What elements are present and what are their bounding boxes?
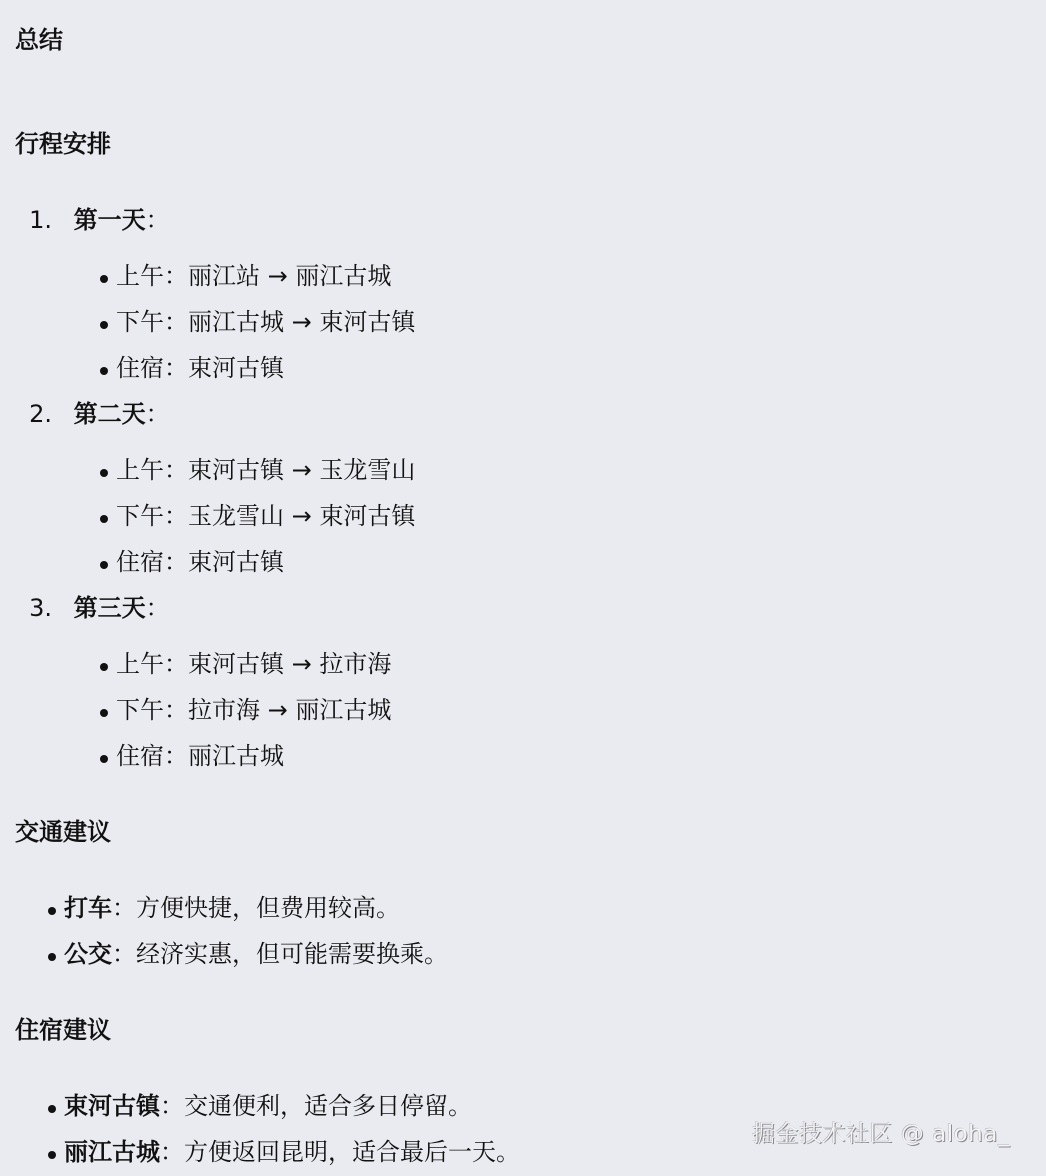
item-value: 束河古镇 → 拉市海: [188, 650, 391, 678]
day-2-morning: 上午：束河古镇 → 玉龙雪山: [100, 453, 415, 487]
day-1-label: 第一天: [74, 206, 146, 234]
item-colon: ：: [160, 1092, 184, 1120]
bullet-dot-icon: [48, 1151, 56, 1159]
item-value: 方便快捷，但费用较高。: [136, 894, 400, 922]
day-2-lodging: 住宿：束河古镇: [100, 545, 284, 579]
item-label: 住宿：: [116, 548, 188, 576]
day-3-item: 3. 第三天：: [0, 591, 170, 625]
bullet-dot-icon: [100, 709, 108, 717]
day-2-label: 第二天: [74, 400, 146, 428]
item-label: 上午：: [116, 456, 188, 484]
item-value: 丽江站 → 丽江古城: [188, 262, 391, 290]
item-value: 束河古镇: [188, 548, 284, 576]
item-value: 束河古镇 → 玉龙雪山: [188, 456, 415, 484]
item-colon: ：: [112, 894, 136, 922]
item-value: 玉龙雪山 → 束河古镇: [188, 502, 415, 530]
item-colon: ：: [112, 940, 136, 968]
day-2-colon: ：: [146, 400, 170, 428]
transport-bus: 公交：经济实惠，但可能需要换乘。: [48, 937, 448, 971]
item-colon: ：: [160, 1138, 184, 1166]
day-3-morning: 上午：束河古镇 → 拉市海: [100, 647, 391, 681]
lodging-heading: 住宿建议: [15, 1013, 111, 1047]
item-label: 上午：: [116, 650, 188, 678]
item-value: 交通便利，适合多日停留。: [184, 1092, 472, 1120]
bullet-dot-icon: [100, 755, 108, 763]
bullet-dot-icon: [100, 321, 108, 329]
lodging-shuhe: 束河古镇：交通便利，适合多日停留。: [48, 1089, 472, 1123]
day-1-morning: 上午：丽江站 → 丽江古城: [100, 259, 391, 293]
watermark: 掘金技术社区 @ aloha_: [752, 1115, 1010, 1148]
item-label: 住宿：: [116, 354, 188, 382]
item-value: 束河古镇: [188, 354, 284, 382]
bullet-dot-icon: [48, 953, 56, 961]
day-3-lodging: 住宿：丽江古城: [100, 739, 284, 773]
bullet-dot-icon: [100, 561, 108, 569]
day-1-colon: ：: [146, 206, 170, 234]
day-1-number: 1.: [0, 203, 52, 237]
item-value: 方便返回昆明，适合最后一天。: [184, 1138, 520, 1166]
bullet-dot-icon: [100, 515, 108, 523]
item-value: 拉市海 → 丽江古城: [188, 696, 391, 724]
bullet-dot-icon: [100, 275, 108, 283]
lodging-lijiang: 丽江古城：方便返回昆明，适合最后一天。: [48, 1135, 520, 1169]
summary-title: 总结: [15, 23, 63, 57]
day-2-number: 2.: [0, 397, 52, 431]
day-2-afternoon: 下午：玉龙雪山 → 束河古镇: [100, 499, 415, 533]
item-label: 公交: [64, 940, 112, 968]
item-value: 丽江古城: [188, 742, 284, 770]
day-2-item: 2. 第二天：: [0, 397, 170, 431]
item-label: 束河古镇: [64, 1092, 160, 1120]
item-label: 住宿：: [116, 742, 188, 770]
bullet-dot-icon: [100, 469, 108, 477]
item-label: 打车: [64, 894, 112, 922]
day-1-item: 1. 第一天：: [0, 203, 170, 237]
day-3-label: 第三天: [74, 594, 146, 622]
day-1-afternoon: 下午：丽江古城 → 束河古镇: [100, 305, 415, 339]
bullet-dot-icon: [100, 663, 108, 671]
transport-heading: 交通建议: [15, 815, 111, 849]
item-label: 上午：: [116, 262, 188, 290]
transport-taxi: 打车：方便快捷，但费用较高。: [48, 891, 400, 925]
day-1-lodging: 住宿：束河古镇: [100, 351, 284, 385]
bullet-dot-icon: [100, 367, 108, 375]
item-value: 经济实惠，但可能需要换乘。: [136, 940, 448, 968]
item-label: 丽江古城: [64, 1138, 160, 1166]
item-label: 下午：: [116, 696, 188, 724]
day-3-colon: ：: [146, 594, 170, 622]
item-value: 丽江古城 → 束河古镇: [188, 308, 415, 336]
bullet-dot-icon: [48, 907, 56, 915]
bullet-dot-icon: [48, 1105, 56, 1113]
item-label: 下午：: [116, 502, 188, 530]
itinerary-heading: 行程安排: [15, 127, 111, 161]
item-label: 下午：: [116, 308, 188, 336]
day-3-number: 3.: [0, 591, 52, 625]
day-3-afternoon: 下午：拉市海 → 丽江古城: [100, 693, 391, 727]
